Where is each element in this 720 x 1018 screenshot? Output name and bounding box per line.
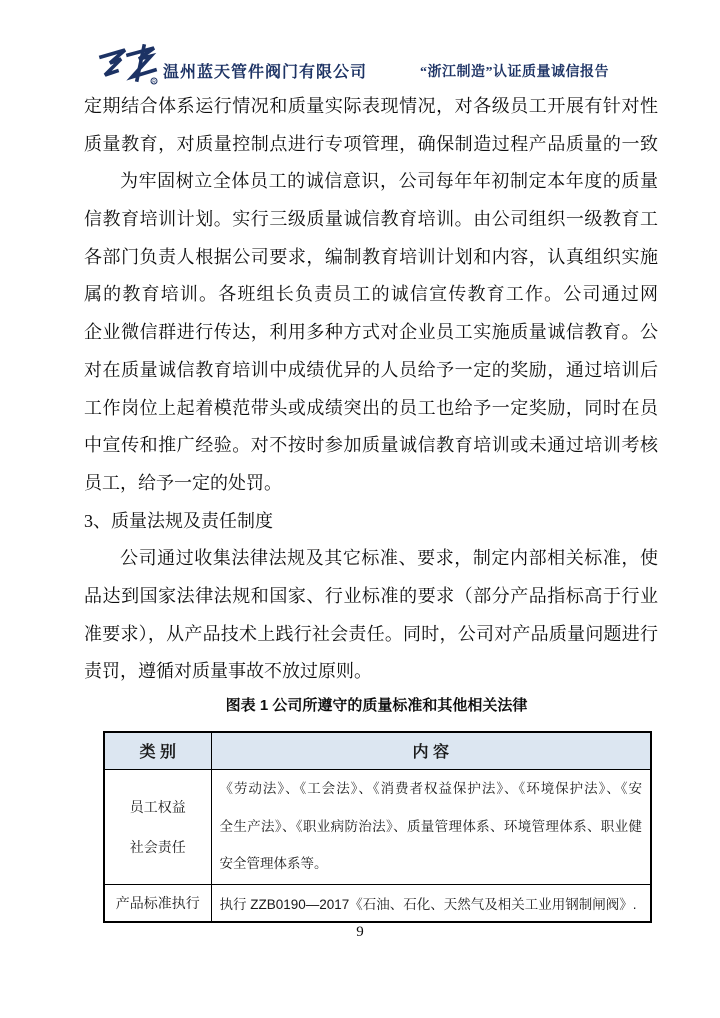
table-header-row: 类 别 内 容 <box>104 732 651 769</box>
content-cell: 执行 ZZB0190—2017《石油、石化、天然气及相关工业用钢制闸阀》. <box>211 884 651 922</box>
category-cell: 员工权益 社会责任 <box>104 769 211 884</box>
body-line: 责罚，遵循对质量事故不放过原则。 <box>84 653 658 691</box>
table-caption: 图表 1 公司所遵守的质量标准和其他相关法律 <box>103 694 650 715</box>
body-line: 对在质量诚信教育培训中成绩优异的人员给予一定的奖励，通过培训后在 <box>84 352 658 390</box>
table-row: 员工权益 社会责任 《劳动法》、《工会法》、《消费者权益保护法》、《环境保护法》… <box>104 769 651 884</box>
body-line: 准要求），从产品技术上践行社会责任。同时，公司对产品质量问题进行 <box>84 616 658 654</box>
section-heading: 3、质量法规及责任制度 <box>84 503 658 541</box>
body-line: 企业微信群进行传达，利用多种方式对企业员工实施质量诚信教育。公司 <box>84 314 658 352</box>
body-line: 各部门负责人根据公司要求，编制教育培训计划和内容，认真组织实施下 <box>84 239 658 277</box>
body-line: 中宣传和推广经验。对不按时参加质量诚信教育培训或未通过培训考核的 <box>84 427 658 465</box>
page-number: 9 <box>0 924 720 941</box>
table-row: 产品标准执行 执行 ZZB0190—2017《石油、石化、天然气及相关工业用钢制… <box>104 884 651 922</box>
body-line: 公司通过收集法律法规及其它标准、要求，制定内部相关标准，使产 <box>84 540 658 578</box>
body-line: 信教育培训计划。实行三级质量诚信教育培训。由公司组织一级教育工作。 <box>84 201 658 239</box>
table-header-content: 内 容 <box>211 732 651 769</box>
table-header-category: 类 别 <box>104 732 211 769</box>
company-name: 温州蓝天管件阀门有限公司 <box>163 59 367 82</box>
content-line: 安全管理体系等。 <box>220 845 643 883</box>
category-line: 员工权益 <box>105 787 211 827</box>
svg-text:R: R <box>152 80 156 86</box>
content-cell: 《劳动法》、《工会法》、《消费者权益保护法》、《环境保护法》、《安 全生产法》、… <box>211 769 651 884</box>
category-cell: 产品标准执行 <box>104 884 211 922</box>
body-line: 属的教育培训。各班组长负责员工的诚信宣传教育工作。公司通过网站、 <box>84 276 658 314</box>
document-page: R 温州蓝天管件阀门有限公司 “浙江制造”认证质量诚信报告 定期结合体系运行情况… <box>0 0 720 1018</box>
body-line: 员工，给予一定的处罚。 <box>84 465 658 503</box>
body-line: 质量教育，对质量控制点进行专项管理，确保制造过程产品质量的一致性。 <box>84 126 658 164</box>
body-text: 定期结合体系运行情况和质量实际表现情况，对各级员工开展有针对性的 质量教育，对质… <box>84 88 658 691</box>
feilong-logo: R <box>98 44 160 86</box>
body-line: 为牢固树立全体员工的诚信意识，公司每年年初制定本年度的质量诚 <box>84 163 658 201</box>
standards-table: 类 别 内 容 员工权益 社会责任 《劳动法》、《工会法》、《消费者权益保护法》… <box>103 731 652 923</box>
body-line: 工作岗位上起着模范带头或成绩突出的员工也给予一定奖励，同时在员工 <box>84 390 658 428</box>
content-line: 《劳动法》、《工会法》、《消费者权益保护法》、《环境保护法》、《安 <box>220 770 643 808</box>
report-title: “浙江制造”认证质量诚信报告 <box>420 61 609 81</box>
body-line: 定期结合体系运行情况和质量实际表现情况，对各级员工开展有针对性的 <box>84 88 658 126</box>
category-line: 社会责任 <box>105 827 211 867</box>
body-line: 品达到国家法律法规和国家、行业标准的要求（部分产品指标高于行业标 <box>84 578 658 616</box>
content-line: 全生产法》、《职业病防治法》、质量管理体系、环境管理体系、职业健康 <box>220 808 643 846</box>
